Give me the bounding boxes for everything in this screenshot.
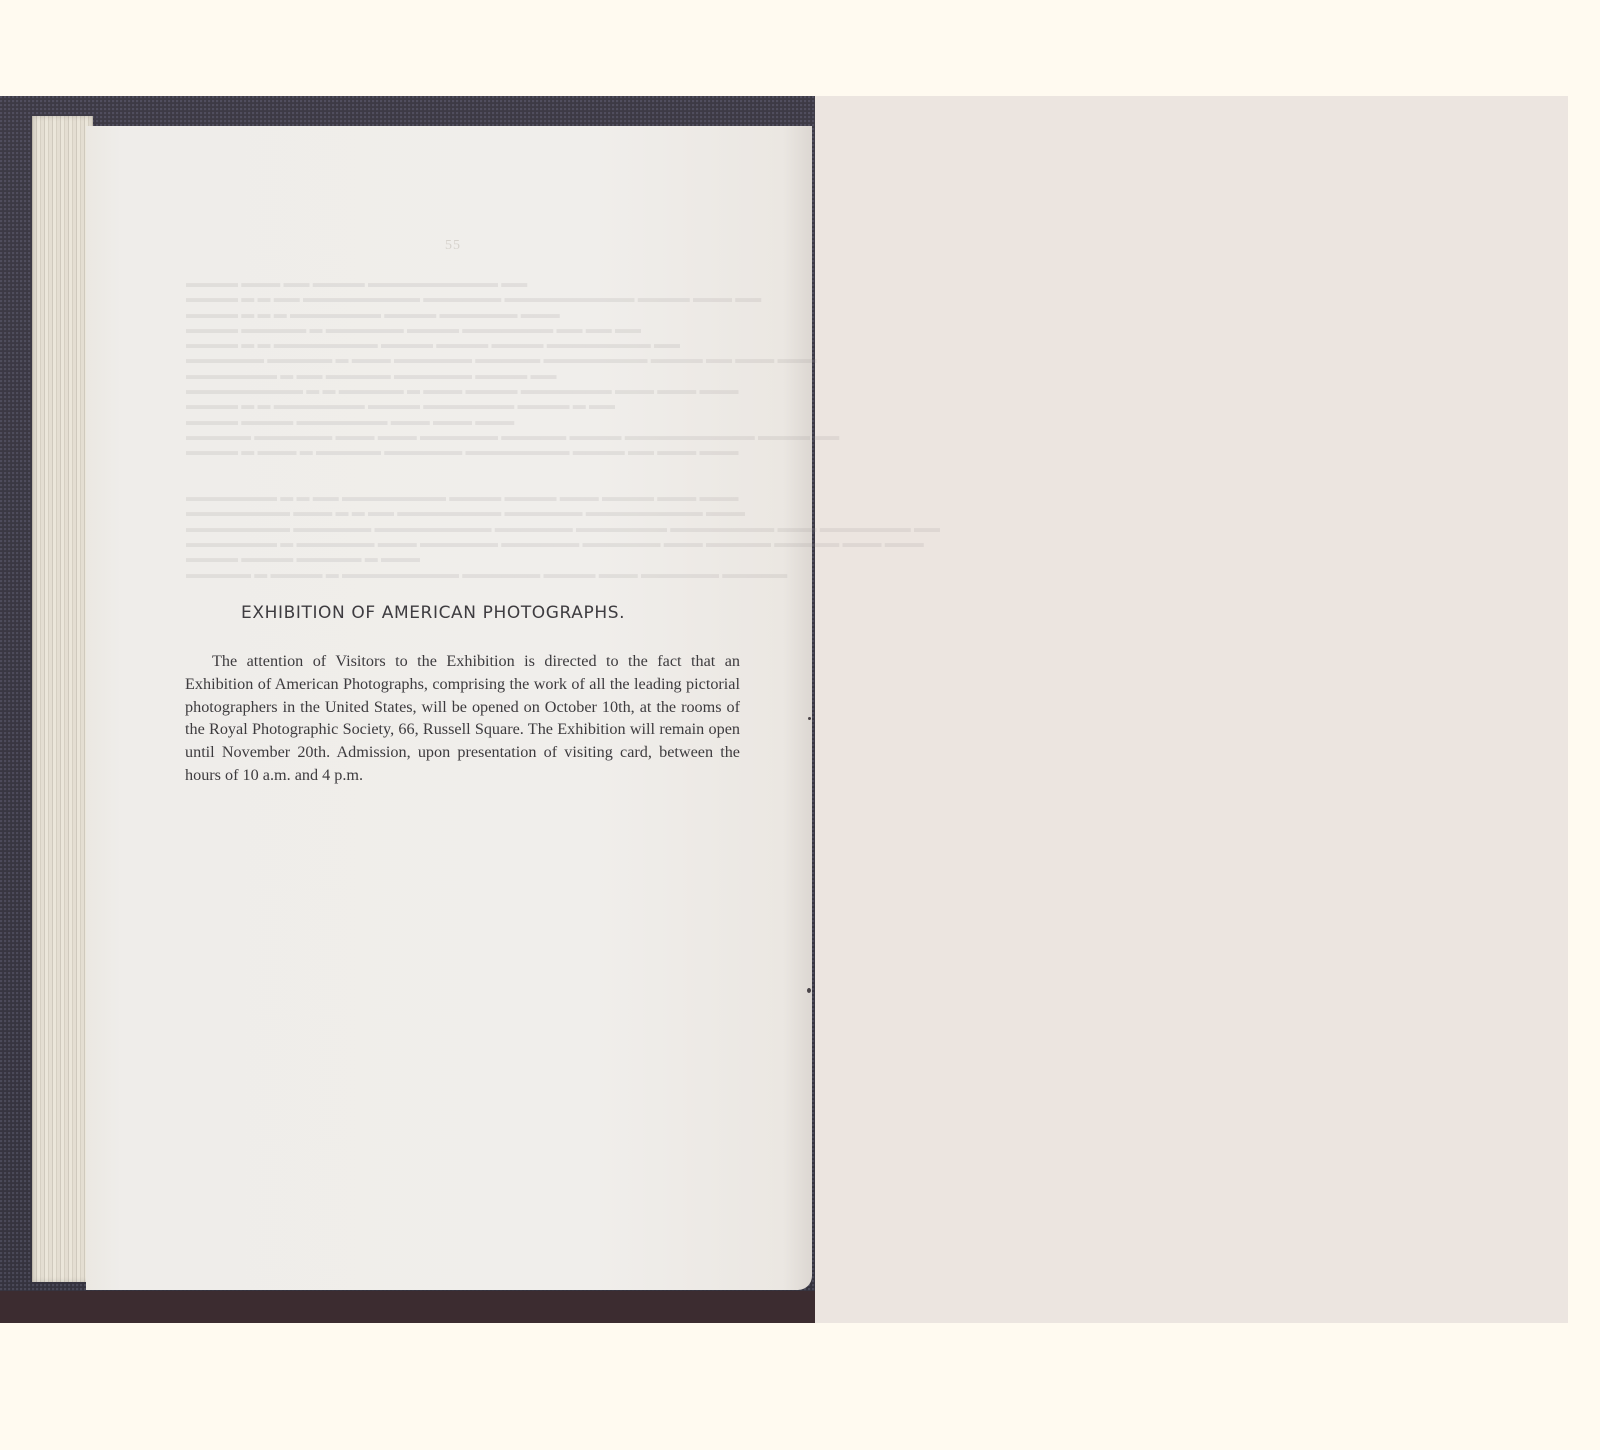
- body-paragraph: The attention of Visitors to the Exhibit…: [185, 650, 740, 787]
- page-number: 55: [445, 238, 461, 254]
- section-heading: EXHIBITION OF AMERICAN PHOTOGRAPHS.: [241, 603, 625, 623]
- blank-side-panel: [815, 96, 1568, 1323]
- paper-blemish: [807, 988, 811, 993]
- paper-blemish: [808, 717, 811, 720]
- page-stack-edges: [32, 116, 93, 1282]
- book-cover-bottom-edge: [0, 1291, 815, 1323]
